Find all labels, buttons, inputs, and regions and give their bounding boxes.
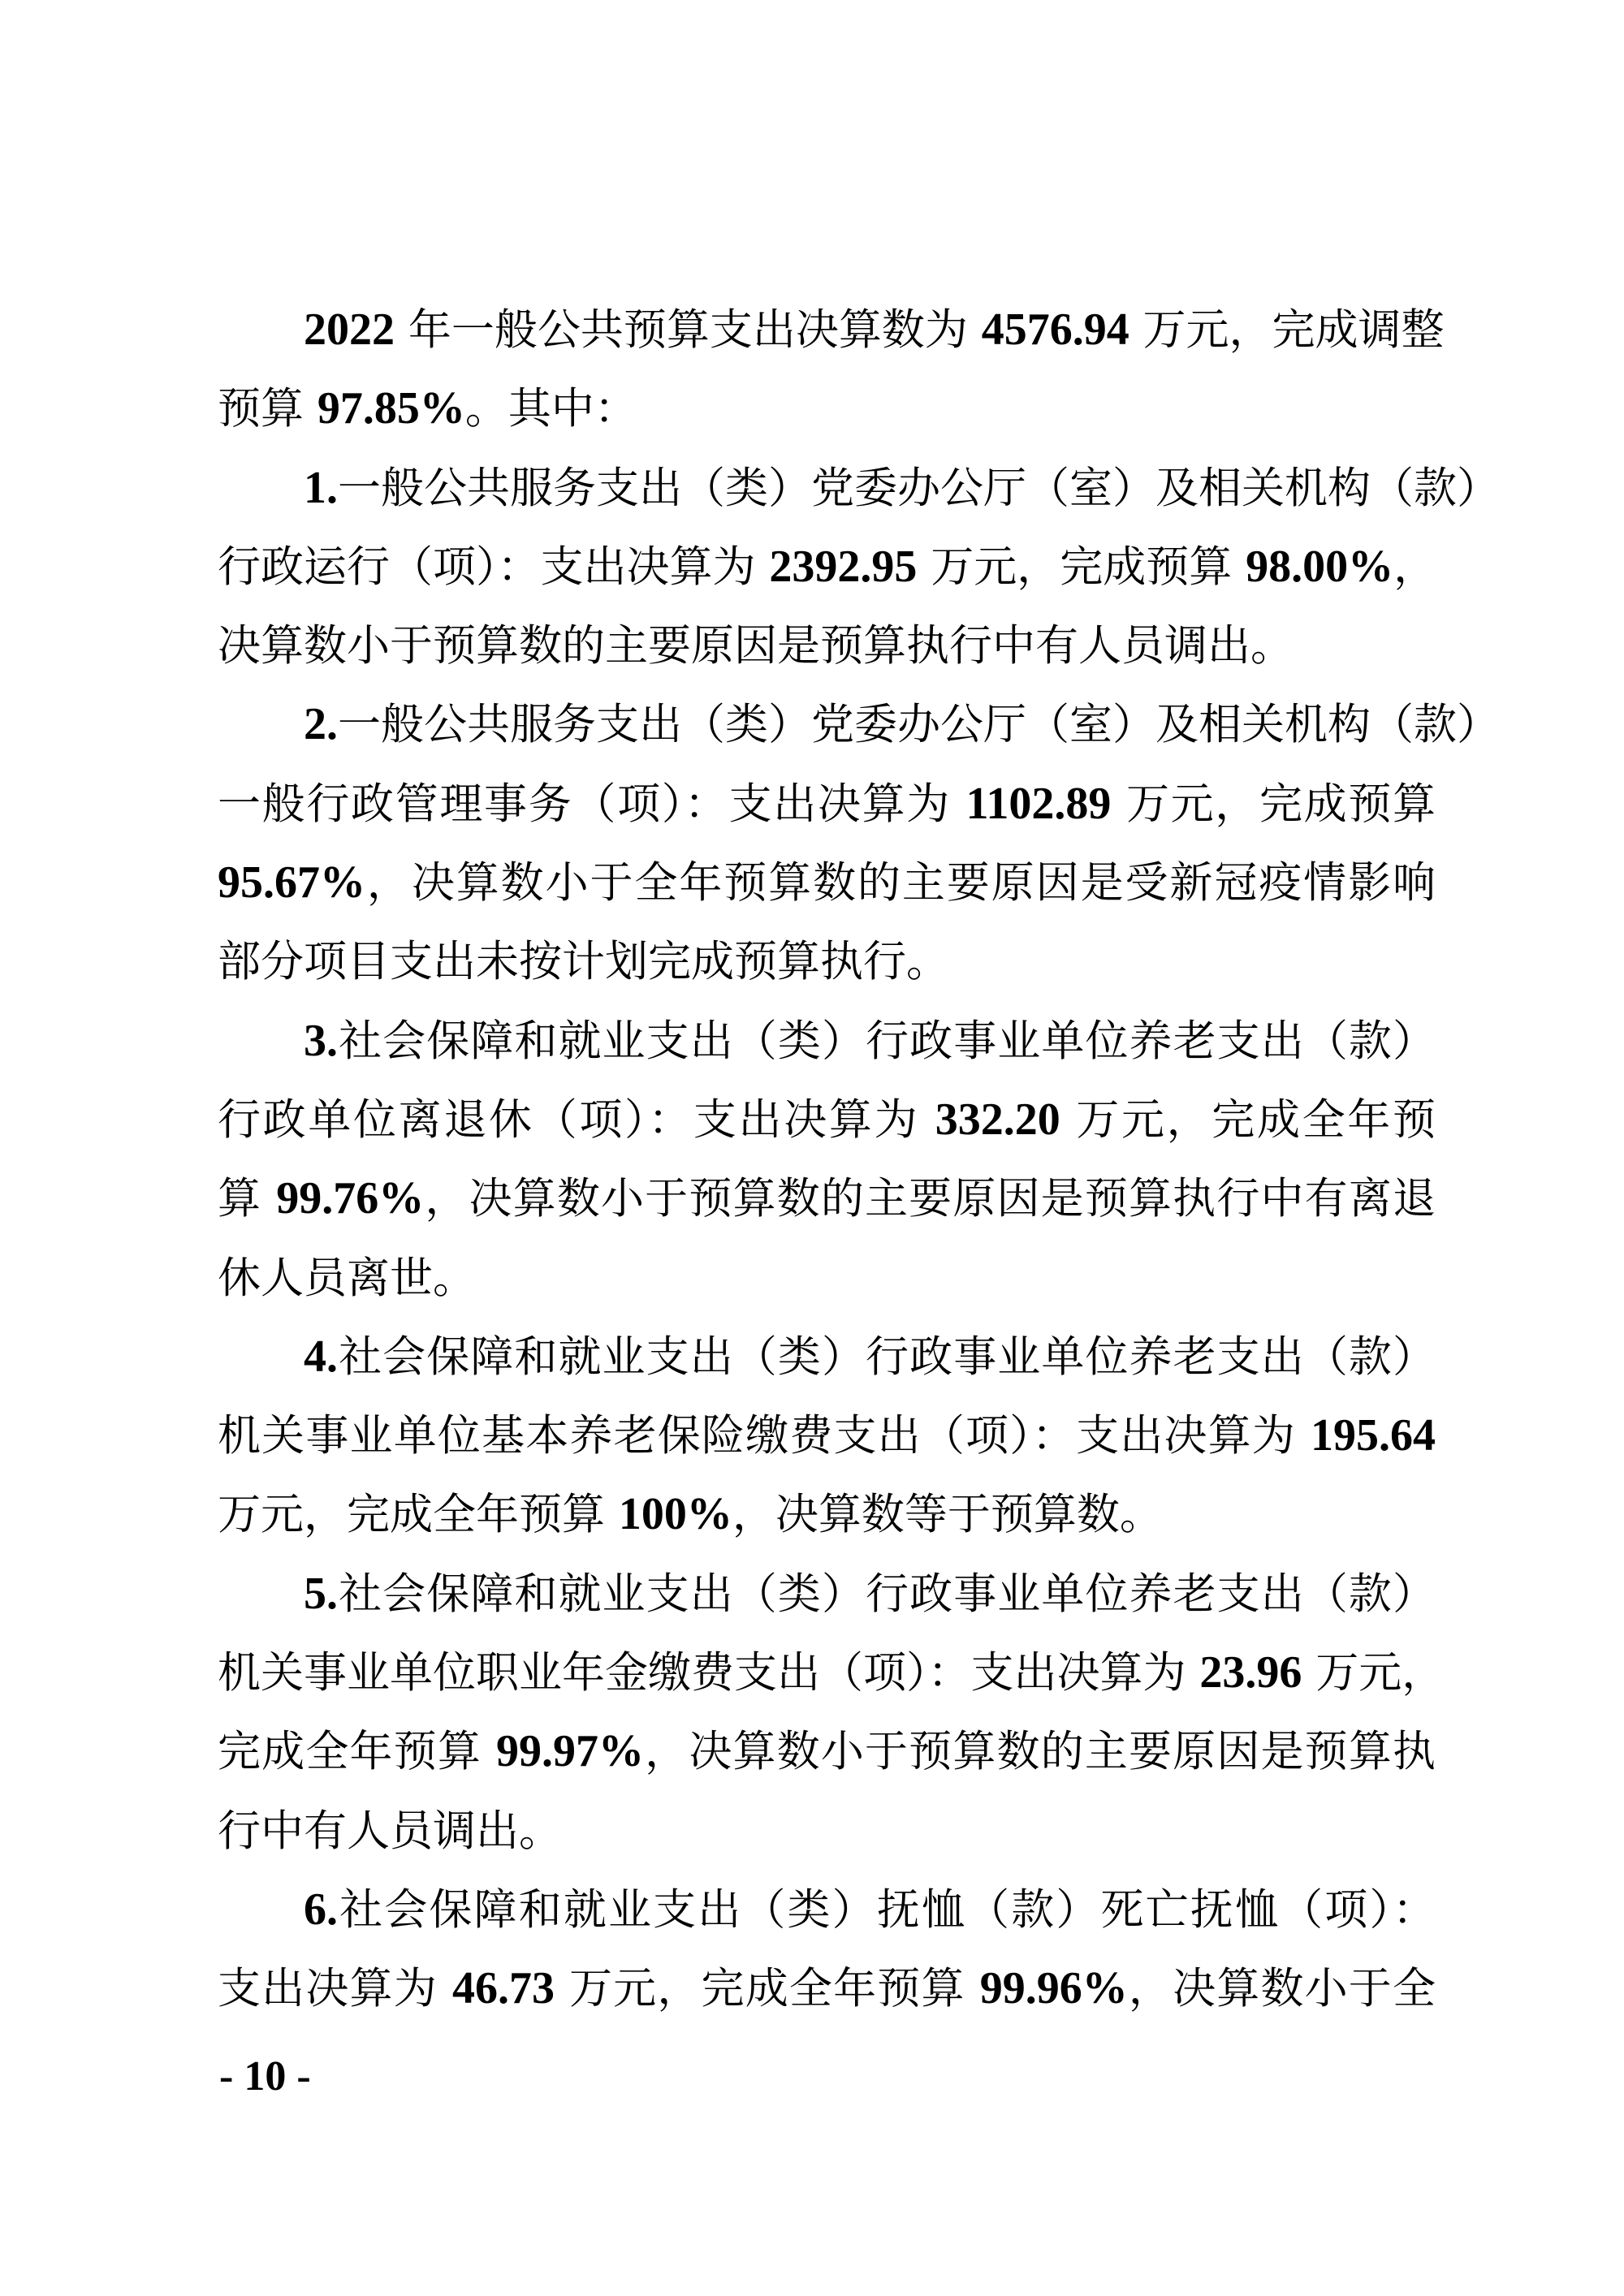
body-text: 2022 年一般公共预算支出决算数为 4576.94 万元，完成调整预算 97.… xyxy=(218,291,1436,2029)
figure-value: 99.76% xyxy=(276,1173,424,1224)
text-segment: 一般行政管理事务（项）：支出决算为 xyxy=(218,779,966,829)
text-line: 3.社会保障和就业支出（类）行政事业单位养老支出（款） xyxy=(218,1002,1436,1081)
figure-value: 46.73 xyxy=(452,1963,555,2013)
paragraph-item-6: 6.社会保障和就业支出（类）抚恤（款）死亡抚恤（项）：支出决算为 46.73 万… xyxy=(218,1871,1436,2029)
text-segment: 算 xyxy=(218,1174,276,1224)
figure-value: 99.97% xyxy=(496,1726,644,1776)
text-line: 行政单位离退休（项）：支出决算为 332.20 万元，完成全年预 xyxy=(218,1081,1436,1159)
paragraph-item-1: 1.一般公共服务支出（类）党委办公厅（室）及相关机构（款）行政运行（项）：支出决… xyxy=(218,449,1436,686)
text-line: 2.一般公共服务支出（类）党委办公厅（室）及相关机构（款） xyxy=(218,685,1436,764)
figure-value: 4576.94 xyxy=(982,304,1129,355)
figure-value: 1. xyxy=(304,463,338,513)
text-segment: 万元，完成预算 xyxy=(917,542,1246,592)
figure-value: 1102.89 xyxy=(966,779,1112,829)
text-segment: ，决算数小于全 xyxy=(1128,1964,1436,2013)
text-segment: 决算数小于预算数的主要原因是预算执行中有人员调出。 xyxy=(218,621,1294,671)
text-segment: 部分项目支出未按计划完成预算执行。 xyxy=(218,937,949,986)
figure-value: 98.00% xyxy=(1246,542,1393,592)
figure-value: 4. xyxy=(304,1331,338,1382)
figure-value: 6. xyxy=(304,1884,338,1935)
text-segment: 休人员离世。 xyxy=(218,1254,476,1303)
text-line: 1.一般公共服务支出（类）党委办公厅（室）及相关机构（款） xyxy=(218,449,1436,528)
figure-value: 95.67% xyxy=(218,857,365,908)
text-segment: 行政运行（项）：支出决算为 xyxy=(218,542,769,592)
text-line: 部分项目支出未按计划完成预算执行。 xyxy=(218,922,1436,1001)
text-segment: 年一般公共预算支出决算数为 xyxy=(395,305,982,355)
figure-value: 2392.95 xyxy=(769,542,917,592)
text-segment: ，决算数小于预算数的主要原因是预算执 xyxy=(644,1727,1436,1776)
text-line: 4.社会保障和就业支出（类）行政事业单位养老支出（款） xyxy=(218,1318,1436,1396)
text-segment: 万元，完成全年预算 xyxy=(218,1490,619,1539)
text-line: 95.67%，决算数小于全年预算数的主要原因是受新冠疫情影响 xyxy=(218,844,1436,922)
text-segment: 完成全年预算 xyxy=(218,1727,496,1776)
text-segment: ，决算数小于全年预算数的主要原因是受新冠疫情影响 xyxy=(365,858,1436,908)
text-segment: 社会保障和就业支出（类）行政事业单位养老支出（款） xyxy=(338,1016,1436,1066)
text-segment: ，决算数小于预算数的主要原因是预算执行中有离退 xyxy=(424,1174,1436,1224)
text-segment: 万元，完成全年预 xyxy=(1060,1095,1436,1145)
text-segment: 万元，完成调整 xyxy=(1129,305,1445,355)
paragraph-summary: 2022 年一般公共预算支出决算数为 4576.94 万元，完成调整预算 97.… xyxy=(218,291,1436,449)
text-segment: ，决算数等于预算数。 xyxy=(732,1490,1163,1539)
figure-value: 100% xyxy=(619,1489,732,1539)
text-segment: 预算 xyxy=(218,384,317,434)
paragraph-item-5: 5.社会保障和就业支出（类）行政事业单位养老支出（款）机关事业单位职业年金缴费支… xyxy=(218,1555,1436,1871)
text-line: 一般行政管理事务（项）：支出决算为 1102.89 万元，完成预算 xyxy=(218,765,1436,844)
text-segment: 一般公共服务支出（类）党委办公厅（室）及相关机构（款） xyxy=(338,700,1500,749)
text-line: 5.社会保障和就业支出（类）行政事业单位养老支出（款） xyxy=(218,1555,1436,1634)
text-line: 6.社会保障和就业支出（类）抚恤（款）死亡抚恤（项）： xyxy=(218,1871,1436,1949)
text-segment: ， xyxy=(1393,542,1436,592)
text-segment: 万元， xyxy=(1302,1648,1445,1698)
text-segment: 万元，完成全年预算 xyxy=(555,1964,980,2013)
paragraph-item-2: 2.一般公共服务支出（类）党委办公厅（室）及相关机构（款）一般行政管理事务（项）… xyxy=(218,685,1436,1001)
text-line: 机关事业单位职业年金缴费支出（项）：支出决算为 23.96 万元， xyxy=(218,1634,1436,1712)
text-segment: 机关事业单位职业年金缴费支出（项）：支出决算为 xyxy=(218,1648,1199,1698)
figure-value: 195.64 xyxy=(1311,1410,1436,1461)
paragraph-item-4: 4.社会保障和就业支出（类）行政事业单位养老支出（款）机关事业单位基本养老保险缴… xyxy=(218,1318,1436,1555)
figure-value: 97.85% xyxy=(317,383,465,434)
text-segment: 社会保障和就业支出（类）行政事业单位养老支出（款） xyxy=(338,1569,1436,1619)
text-line: 休人员离世。 xyxy=(218,1239,1436,1318)
text-line: 预算 97.85%。其中： xyxy=(218,369,1436,448)
figure-value: 332.20 xyxy=(935,1094,1060,1145)
text-segment: 社会保障和就业支出（类）行政事业单位养老支出（款） xyxy=(338,1332,1436,1382)
document-page: 2022 年一般公共预算支出决算数为 4576.94 万元，完成调整预算 97.… xyxy=(0,0,1624,2296)
text-line: 行中有人员调出。 xyxy=(218,1792,1436,1871)
text-segment: 行政单位离退休（项）：支出决算为 xyxy=(218,1095,935,1145)
paragraph-item-3: 3.社会保障和就业支出（类）行政事业单位养老支出（款）行政单位离退休（项）：支出… xyxy=(218,1002,1436,1318)
page-number: - 10 - xyxy=(219,2052,311,2101)
text-line: 决算数小于预算数的主要原因是预算执行中有人员调出。 xyxy=(218,606,1436,685)
figure-value: 5. xyxy=(304,1569,338,1619)
text-line: 万元，完成全年预算 100%，决算数等于预算数。 xyxy=(218,1475,1436,1554)
text-segment: 一般公共服务支出（类）党委办公厅（室）及相关机构（款） xyxy=(338,464,1500,513)
text-segment: 社会保障和就业支出（类）抚恤（款）死亡抚恤（项）： xyxy=(338,1885,1436,1935)
text-segment: 支出决算为 xyxy=(218,1964,452,2013)
text-segment: 万元，完成预算 xyxy=(1111,779,1436,829)
text-line: 支出决算为 46.73 万元，完成全年预算 99.96%，决算数小于全 xyxy=(218,1949,1436,2028)
text-line: 机关事业单位基本养老保险缴费支出（项）：支出决算为 195.64 xyxy=(218,1396,1436,1475)
text-line: 完成全年预算 99.97%，决算数小于预算数的主要原因是预算执 xyxy=(218,1712,1436,1791)
figure-value: 23.96 xyxy=(1199,1647,1302,1698)
figure-value: 2022 xyxy=(304,304,395,355)
text-line: 行政运行（项）：支出决算为 2392.95 万元，完成预算 98.00%， xyxy=(218,528,1436,606)
text-line: 2022 年一般公共预算支出决算数为 4576.94 万元，完成调整 xyxy=(218,291,1436,369)
figure-value: 3. xyxy=(304,1016,338,1066)
text-segment: 行中有人员调出。 xyxy=(218,1806,562,1856)
figure-value: 99.96% xyxy=(980,1963,1128,2013)
text-segment: 机关事业单位基本养老保险缴费支出（项）：支出决算为 xyxy=(218,1411,1311,1461)
text-line: 算 99.76%，决算数小于预算数的主要原因是预算执行中有离退 xyxy=(218,1159,1436,1238)
text-segment: 。其中： xyxy=(465,384,637,434)
figure-value: 2. xyxy=(304,699,338,749)
